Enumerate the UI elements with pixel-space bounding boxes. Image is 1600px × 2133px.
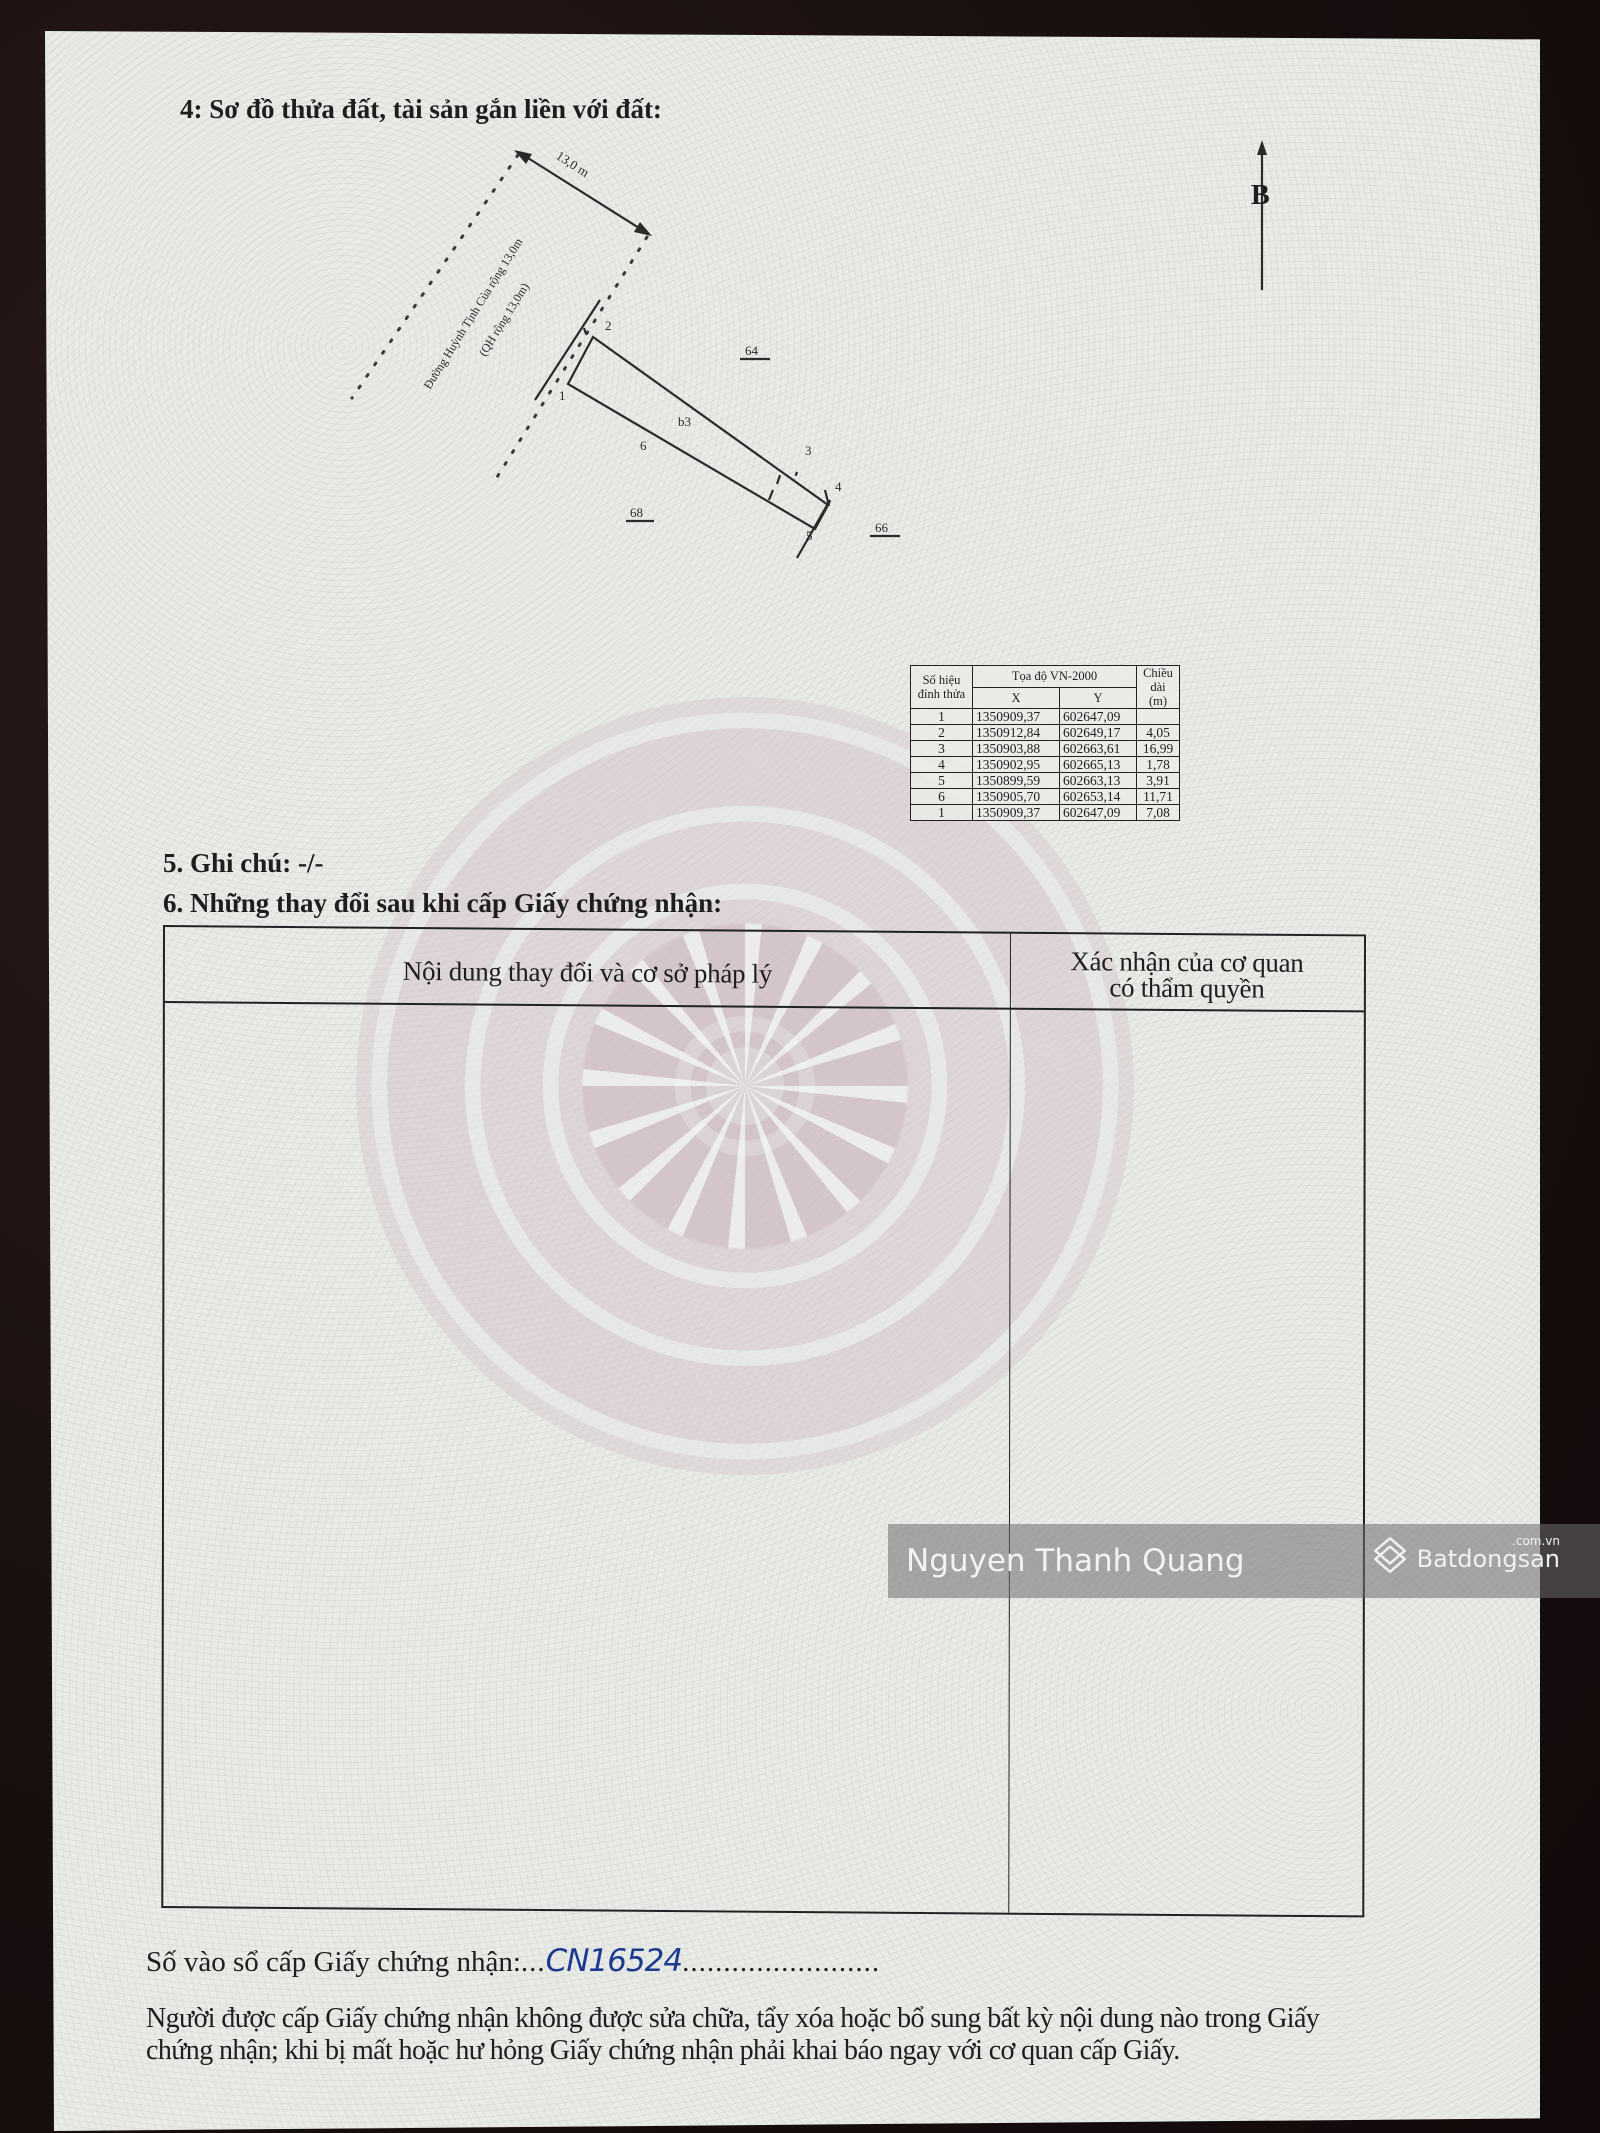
cell-vertex: 6 — [911, 789, 973, 805]
cell-length: 16,99 — [1137, 741, 1180, 757]
coordinate-row: 51350899,59602663,133,91 — [911, 773, 1180, 789]
cell-vertex: 4 — [911, 757, 973, 773]
header-coords: Tọa độ VN-2000 — [973, 666, 1137, 688]
coordinate-row: 11350909,37602647,097,08 — [911, 805, 1180, 821]
cell-x: 1350899,59 — [973, 773, 1060, 789]
cell-x: 1350912,84 — [973, 725, 1060, 741]
cell-y: 602663,13 — [1060, 773, 1137, 789]
changes-header-row: Nội dung thay đổi và cơ sở pháp lý Xác n… — [165, 939, 1364, 1012]
changes-content-column — [163, 927, 1011, 1913]
changes-header-content: Nội dung thay đổi và cơ sở pháp lý — [165, 954, 1010, 992]
cell-x: 1350902,95 — [973, 757, 1060, 773]
registration-number: CN16524 — [546, 1943, 682, 1979]
cell-x: 1350903,88 — [973, 741, 1060, 757]
header-length: Chiều dài (m) — [1137, 666, 1180, 709]
cell-length: 7,08 — [1137, 805, 1180, 821]
section-4-title: 4: Sơ đồ thửa đất, tài sản gắn liền với … — [180, 94, 662, 125]
cell-length: 4,05 — [1137, 725, 1180, 741]
header-y: Y — [1060, 687, 1137, 709]
legal-notice: Người được cấp Giấy chứng nhận không đượ… — [146, 2003, 1386, 2067]
registration-label: Số vào sổ cấp Giấy chứng nhận: — [146, 1946, 521, 1978]
coordinate-row: 41350902,95602665,131,78 — [911, 757, 1180, 773]
coordinate-row: 31350903,88602663,6116,99 — [911, 741, 1180, 757]
cell-vertex: 5 — [911, 773, 973, 789]
changes-table: Nội dung thay đổi và cơ sở pháp lý Xác n… — [161, 925, 1366, 1917]
cell-y: 602647,09 — [1060, 805, 1137, 821]
coordinate-table: Số hiệu đỉnh thửa Tọa độ VN-2000 Chiều d… — [910, 665, 1180, 821]
watermark-author-name: Nguyen Thanh Quang — [906, 1543, 1245, 1579]
cell-y: 602663,61 — [1060, 741, 1137, 757]
cell-vertex: 2 — [911, 725, 973, 741]
cell-y: 602653,14 — [1060, 789, 1137, 805]
cell-length: 3,91 — [1137, 773, 1180, 789]
cell-x: 1350909,37 — [973, 709, 1060, 725]
cell-x: 1350905,70 — [973, 789, 1060, 805]
cell-y: 602649,17 — [1060, 725, 1137, 741]
cell-length: 1,78 — [1137, 757, 1180, 773]
section-5-note: 5. Ghi chú: -/- — [163, 848, 324, 879]
header-vertex: Số hiệu đỉnh thửa — [911, 666, 973, 709]
watermark-brand: Batdongsan .com.vn — [1369, 1534, 1560, 1576]
watermark-bar: Nguyen Thanh Quang Batdongsan .com.vn — [888, 1524, 1600, 1598]
header-x: X — [973, 687, 1060, 709]
authority-header-line2: có thẩm quyền — [1010, 974, 1364, 1003]
cell-vertex: 3 — [911, 741, 973, 757]
cell-x: 1350909,37 — [973, 805, 1060, 821]
north-label: B — [1251, 180, 1270, 212]
section-6-title: 6. Những thay đổi sau khi cấp Giấy chứng… — [163, 888, 722, 919]
coordinate-row: 61350905,70602653,1411,71 — [911, 789, 1180, 805]
cell-y: 602665,13 — [1060, 757, 1137, 773]
cell-vertex: 1 — [911, 709, 973, 725]
coordinate-row: 11350909,37602647,09 — [911, 709, 1180, 725]
cell-y: 602647,09 — [1060, 709, 1137, 725]
batdongsan-logo-icon — [1369, 1534, 1411, 1576]
coordinate-row: 21350912,84602649,174,05 — [911, 725, 1180, 741]
watermark-brand-name: Batdongsan — [1417, 1545, 1560, 1573]
watermark-brand-tld: .com.vn — [1512, 1534, 1560, 1548]
cell-length: 11,71 — [1137, 789, 1180, 805]
cell-length — [1137, 709, 1180, 725]
cell-vertex: 1 — [911, 805, 973, 821]
registration-line: Số vào sổ cấp Giấy chứng nhận:...CN16524… — [146, 1943, 880, 1979]
changes-header-authority: Xác nhận của cơ quan có thẩm quyền — [1010, 948, 1364, 1003]
